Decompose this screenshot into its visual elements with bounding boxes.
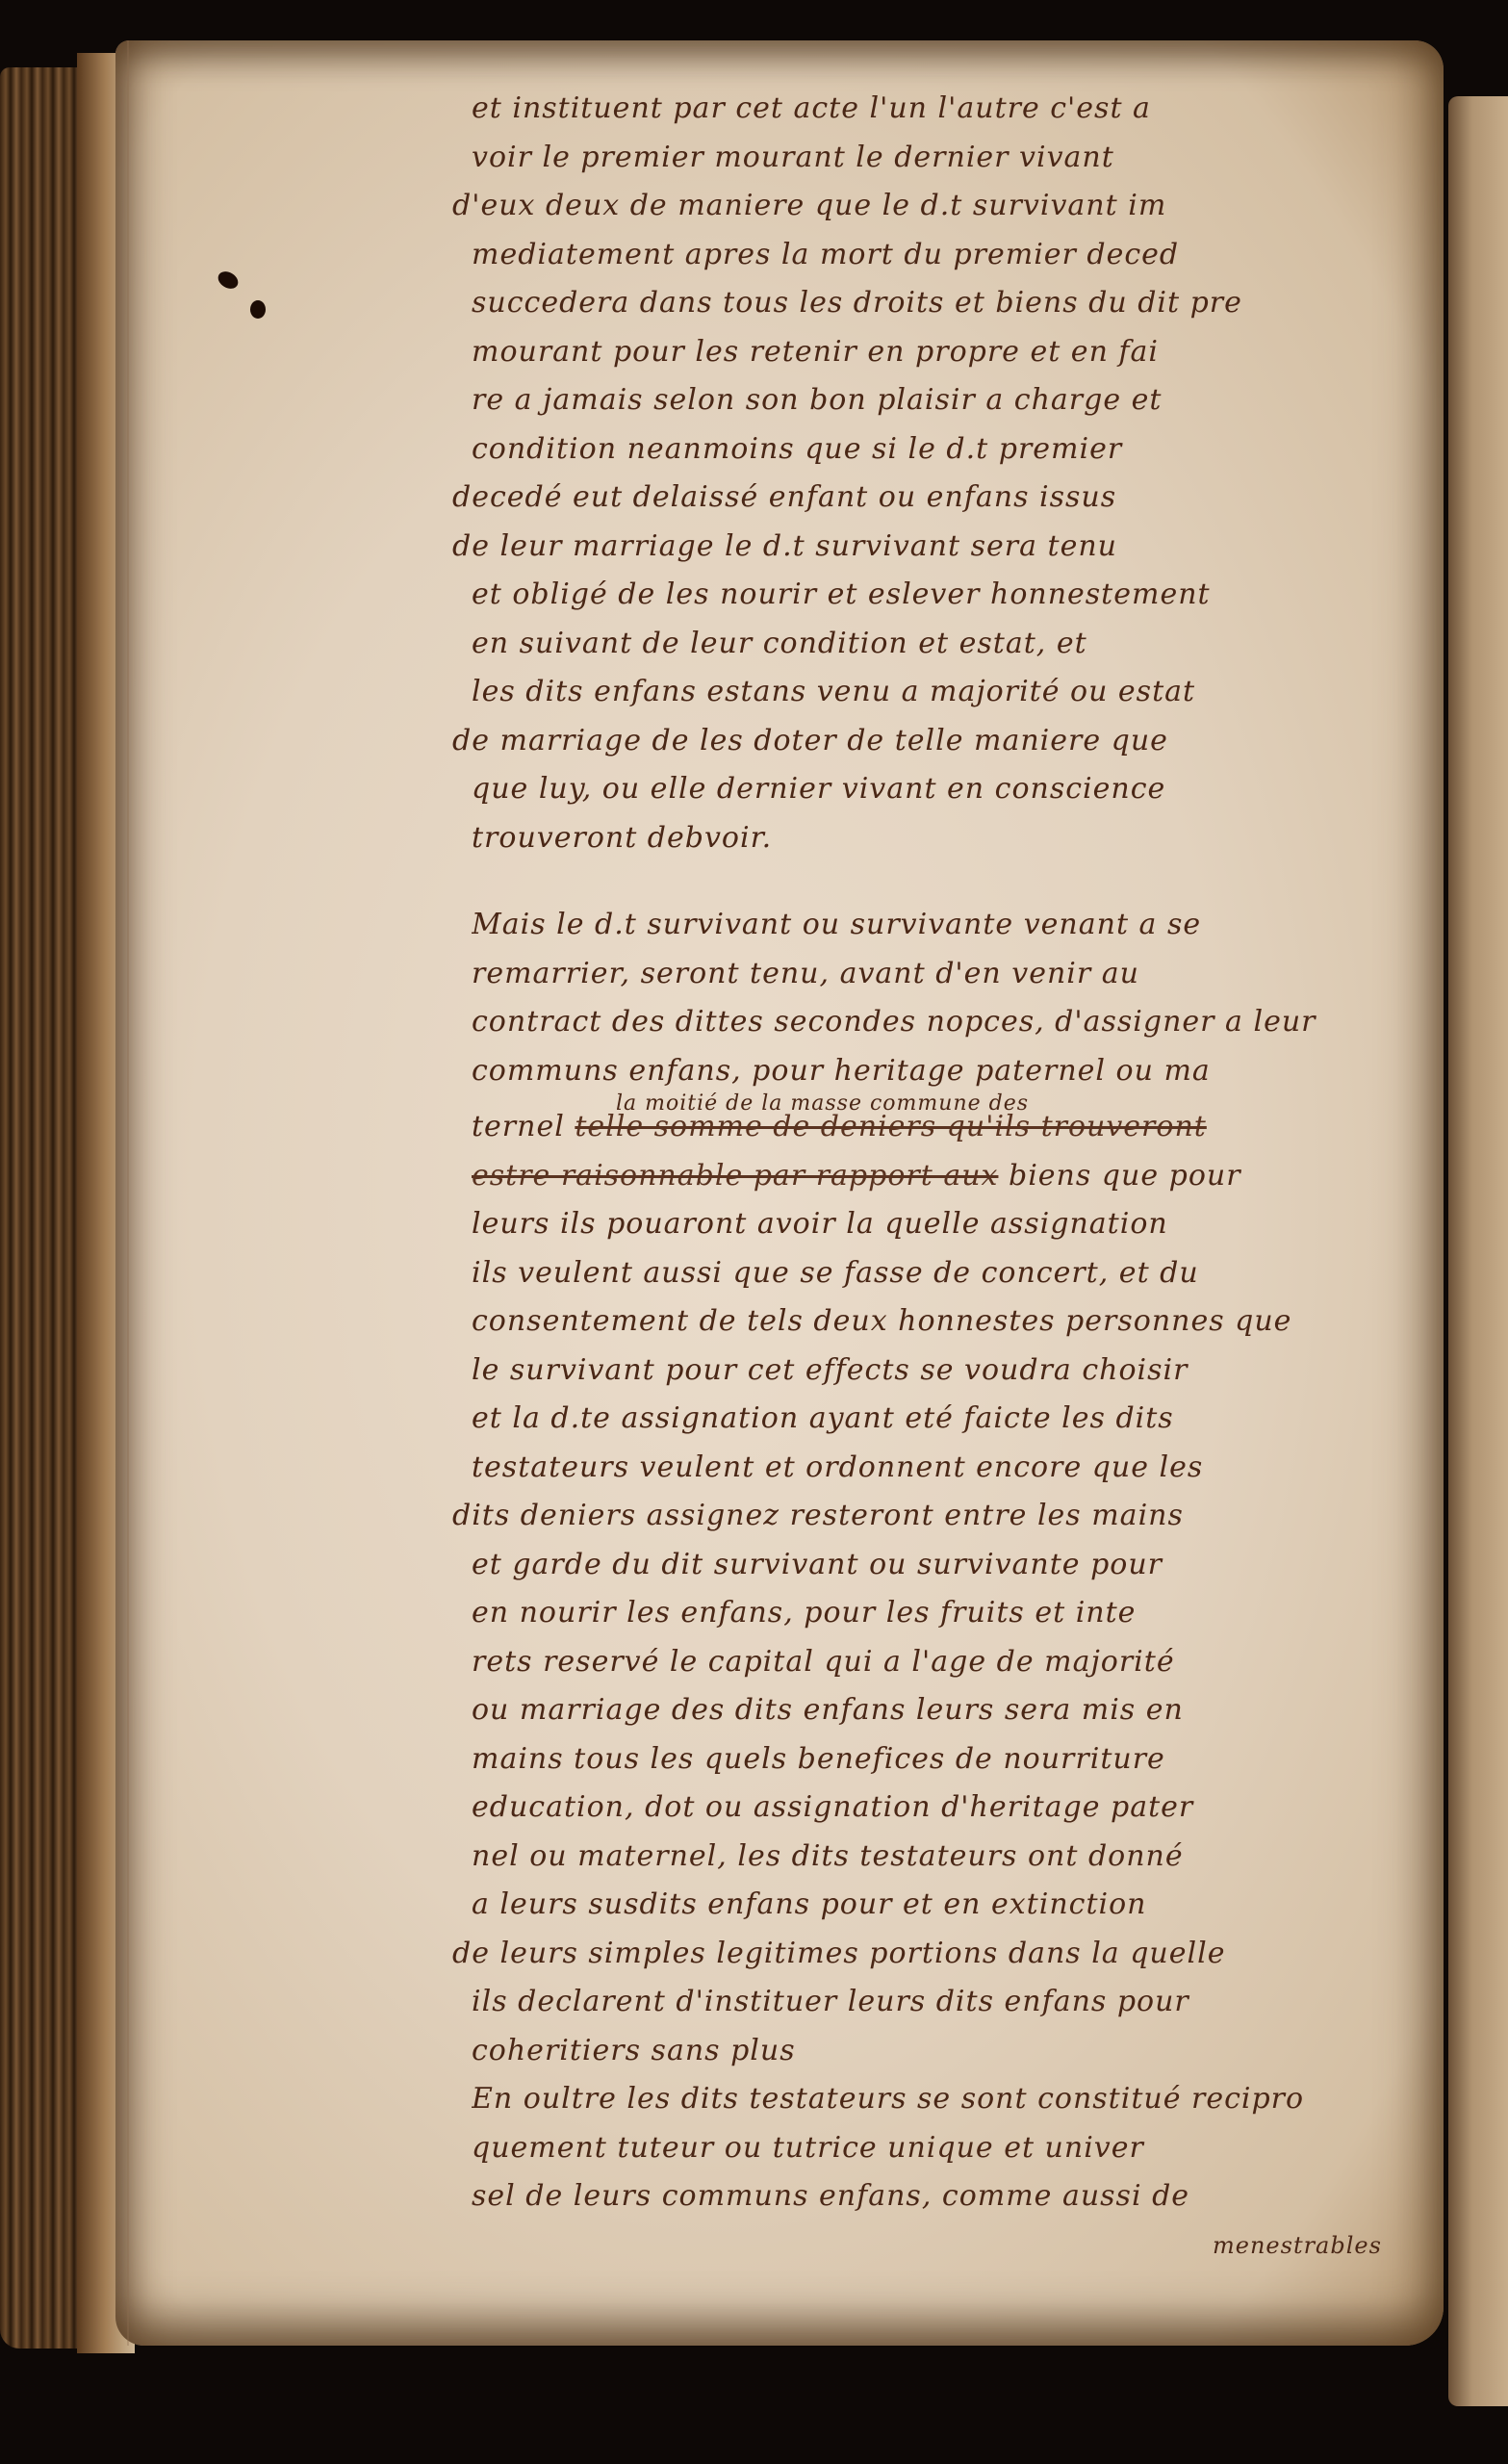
text-line: decedé eut delaissé enfant ou enfans iss…	[452, 474, 1472, 523]
struck-text: estre raisonnable par rapport aux	[472, 1159, 998, 1193]
text-line-with-strike: la moitié de la masse commune des ternel…	[472, 1103, 1472, 1152]
text-line: sel de leurs communs enfans, comme aussi…	[472, 2172, 1472, 2221]
text-line: et la d.te assignation ayant eté faicte …	[472, 1395, 1472, 1444]
text-line: mains tous les quels benefices de nourri…	[472, 1735, 1472, 1784]
text-line: de leur marriage le d.t survivant sera t…	[452, 523, 1472, 572]
text-line: dits deniers assignez resteront entre le…	[452, 1492, 1472, 1541]
text-line: mediatement apres la mort du premier dec…	[472, 231, 1472, 280]
text-line: de leurs simples legitimes portions dans…	[452, 1930, 1472, 1979]
text-fragment: ternel	[472, 1110, 575, 1143]
text-line: testateurs veulent et ordonnent encore q…	[472, 1444, 1472, 1493]
interlinear-insertion: la moitié de la masse commune des	[616, 1080, 1029, 1128]
text-line: leurs ils pouaront avoir la quelle assig…	[472, 1200, 1472, 1249]
text-line: education, dot ou assignation d'heritage…	[472, 1784, 1472, 1833]
text-line: trouveront debvoir.	[472, 814, 1472, 863]
text-line: Mais le d.t survivant ou survivante vena…	[472, 901, 1472, 950]
text-line: en nourir les enfans, pour les fruits et…	[472, 1589, 1472, 1638]
ink-blot	[250, 300, 266, 319]
text-line: en suivant de leur condition et estat, e…	[472, 620, 1472, 669]
text-line: nel ou maternel, les dits testateurs ont…	[472, 1833, 1472, 1882]
text-line: succedera dans tous les droits et biens …	[472, 279, 1472, 328]
text-line: ils declarent d'instituer leurs dits enf…	[472, 1978, 1472, 2027]
text-line: que luy, ou elle dernier vivant en consc…	[472, 765, 1472, 814]
text-line: ils veulent aussi que se fasse de concer…	[472, 1249, 1472, 1298]
text-line: a leurs susdits enfans pour et en extinc…	[472, 1881, 1472, 1930]
text-line: voir le premier mourant le dernier vivan…	[472, 134, 1472, 183]
text-line: d'eux deux de maniere que le d.t surviva…	[452, 182, 1472, 231]
text-line: menestrables	[472, 2221, 1472, 2271]
text-line: contract des dittes secondes nopces, d'a…	[472, 998, 1472, 1047]
text-line: et garde du dit survivant ou survivante …	[472, 1541, 1472, 1590]
text-line-with-strike: estre raisonnable par rapport aux biens …	[472, 1152, 1472, 1201]
text-line: de marriage de les doter de telle manier…	[452, 717, 1472, 766]
text-line: et instituent par cet acte l'un l'autre …	[472, 85, 1472, 134]
text-line: et obligé de les nourir et eslever honne…	[472, 571, 1472, 620]
text-line: ou marriage des dits enfans leurs sera m…	[472, 1686, 1472, 1735]
text-line: coheritiers sans plus	[472, 2027, 1472, 2076]
text-line: condition neanmoins que si le d.t premie…	[472, 425, 1472, 475]
text-line: En oultre les dits testateurs se sont co…	[472, 2075, 1472, 2124]
page-fold-line	[127, 40, 129, 2346]
text-line: quement tuteur ou tutrice unique et univ…	[472, 2124, 1472, 2173]
text-line: mourant pour les retenir en propre et en…	[472, 328, 1472, 377]
manuscript-text: et instituent par cet acte l'un l'autre …	[472, 85, 1472, 2270]
text-line: rets reservé le capital qui a l'age de m…	[472, 1638, 1472, 1687]
text-line: le survivant pour cet effects se voudra …	[472, 1347, 1472, 1396]
text-line: remarrier, seront tenu, avant d'en venir…	[472, 950, 1472, 999]
text-line: les dits enfans estans venu a majorité o…	[472, 668, 1472, 717]
text-line: re a jamais selon son bon plaisir a char…	[472, 376, 1472, 425]
text-line: consentement de tels deux honnestes pers…	[472, 1297, 1472, 1347]
text-fragment: biens que pour	[998, 1159, 1240, 1193]
